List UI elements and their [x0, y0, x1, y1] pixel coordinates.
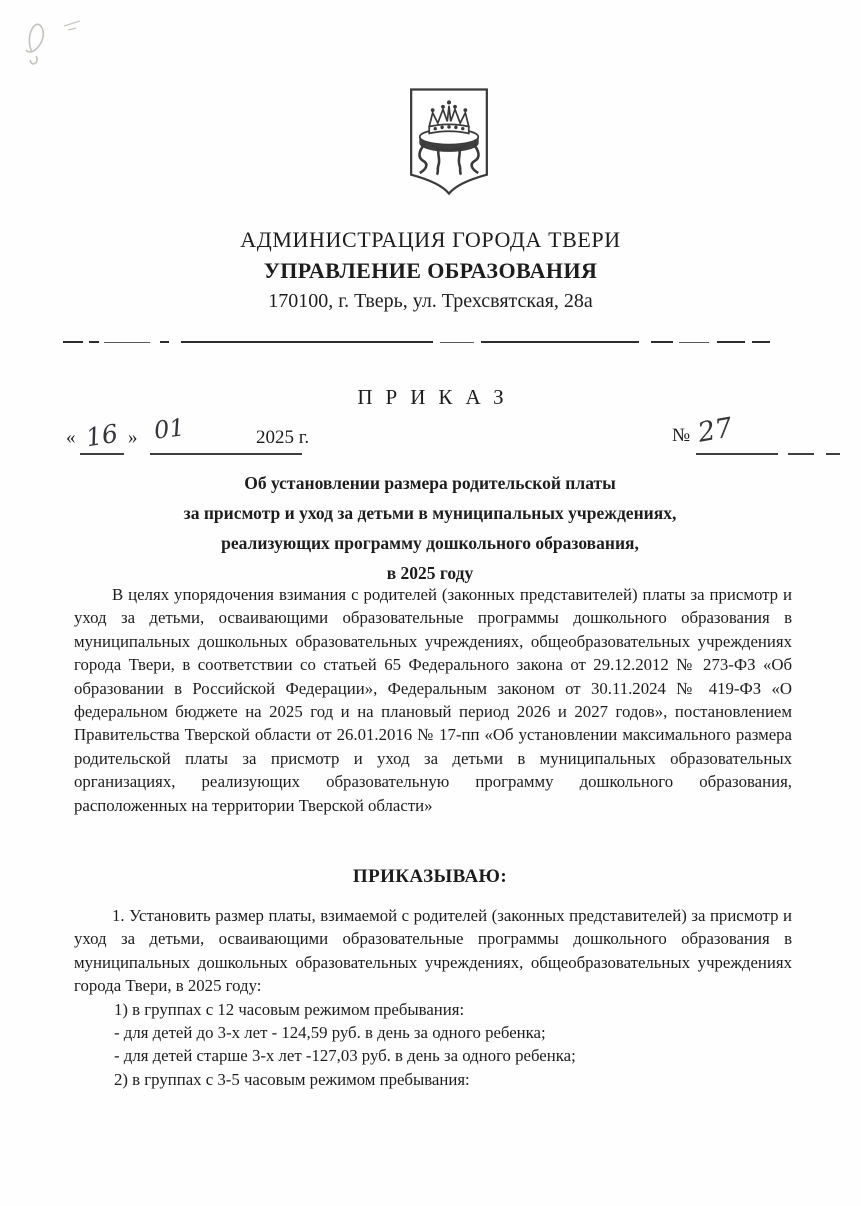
order-number-blank: 27	[696, 419, 778, 455]
organization-name: АДМИНИСТРАЦИЯ ГОРОДА ТВЕРИ	[0, 227, 861, 253]
order-title-line: за присмотр и уход за детьми в муниципал…	[71, 498, 789, 528]
date-and-number-row: « 16 » 01 2025 г. № 27	[66, 419, 806, 461]
handwritten-month: 01	[152, 413, 186, 445]
document-type-heading: ПРИКАЗ	[0, 385, 861, 410]
order-sub-item: 1) в группах с 12 часовым режимом пребыв…	[74, 998, 792, 1021]
order-sub-item: - для детей до 3-х лет - 124,59 руб. в д…	[74, 1021, 792, 1044]
preamble-paragraph: В целях упорядочения взимания с родителе…	[74, 583, 792, 817]
handwritten-day: 16	[84, 419, 120, 453]
organization-address: 170100, г. Тверь, ул. Трехсвятская, 28а	[0, 290, 861, 313]
order-item-1: 1. Установить размер платы, взимаемой с …	[74, 904, 792, 998]
date-year: 2025 г.	[256, 427, 309, 449]
handwritten-order-number: 27	[696, 412, 735, 448]
number-sign-label: №	[672, 425, 690, 447]
order-sub-item: - для детей старше 3-х лет -127,03 руб. …	[74, 1044, 792, 1067]
order-sub-item: 2) в группах с 3-5 часовым режимом пребы…	[74, 1068, 792, 1091]
order-title-line: реализующих программу дошкольного образо…	[71, 528, 789, 558]
tver-coat-of-arms-icon	[406, 86, 492, 198]
scanned-order-document: АДМИНИСТРАЦИЯ ГОРОДА ТВЕРИ УПРАВЛЕНИЕ ОБ…	[0, 0, 861, 1206]
date-quote-close: »	[128, 427, 138, 449]
date-quote-open: «	[66, 427, 76, 449]
date-day-blank: 16	[80, 419, 124, 455]
number-underline-dash	[788, 453, 814, 455]
letterhead-divider-line	[63, 340, 801, 344]
order-title: Об установлении размера родительской пла…	[71, 468, 789, 588]
order-title-line: Об установлении размера родительской пла…	[71, 468, 789, 498]
department-name: УПРАВЛЕНИЕ ОБРАЗОВАНИЯ	[0, 258, 861, 284]
number-underline-dash	[826, 453, 840, 455]
pencil-scribble-mark	[6, 6, 116, 86]
resolution-word: ПРИКАЗЫВАЮ:	[71, 866, 789, 888]
order-body: 1. Установить размер платы, взимаемой с …	[74, 904, 792, 1091]
